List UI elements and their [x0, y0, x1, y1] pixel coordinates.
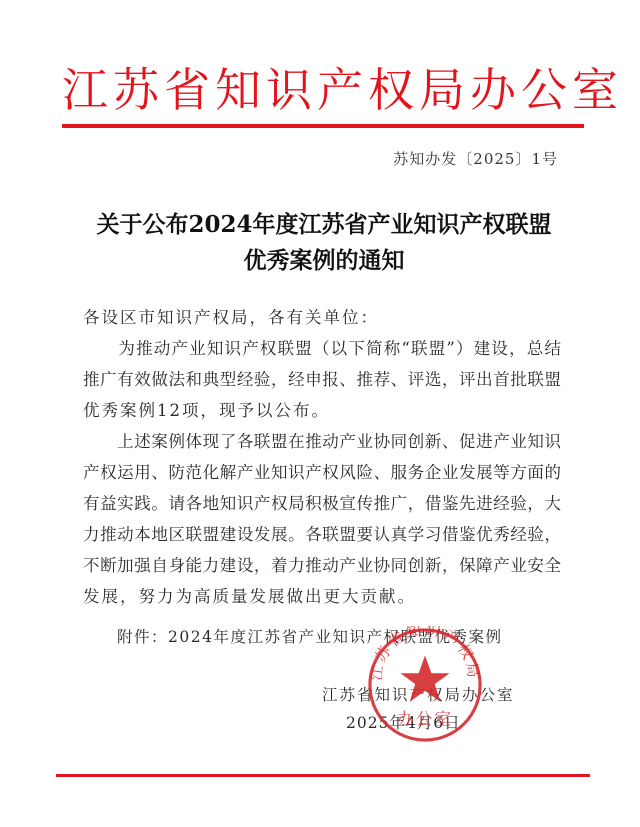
document-title-line-2: 优秀案例的通知 — [60, 243, 588, 278]
signature-date: 2025年4月6日 — [346, 711, 461, 735]
signature-organization: 江苏省知识产权局办公室 — [322, 683, 515, 707]
paragraph-line: 产权运用、防范化解产业知识产权风险、服务企业发展等方面的 — [83, 457, 561, 488]
paragraph-line: 为推动产业知识产权联盟（以下简称“联盟”）建设，总结 — [83, 333, 561, 364]
issuer-masthead: 江苏省知识产权局办公室 — [62, 62, 584, 118]
attachment-reference[interactable]: 附件：2024年度江苏省产业知识产权联盟优秀案例 — [117, 624, 502, 650]
paragraph-line: 优秀案例12项，现予以公布。 — [83, 395, 561, 426]
paragraph-line: 力推动本地区联盟建设发展。各联盟要认真学习借鉴优秀经验， — [83, 519, 561, 550]
document-number: 苏知办发〔2025〕1号 — [393, 148, 558, 170]
salutation: 各设区市知识产权局，各有关单位： — [83, 302, 561, 333]
paragraph-line: 发展，努力为高质量发展做出更大贡献。 — [83, 581, 561, 612]
paragraph-line: 不断加强自身能力建设，着力推动产业协同创新，保障产业安全 — [83, 550, 561, 581]
paragraph-line: 上述案例体现了各联盟在推动产业协同创新、促进产业知识 — [83, 426, 561, 457]
header-red-rule — [62, 124, 584, 128]
footer-red-rule — [56, 774, 590, 777]
paragraph-line: 推广有效做法和典型经验，经申报、推荐、评选，评出首批联盟 — [83, 364, 561, 395]
document-title-line-1: 关于公布2024年度江苏省产业知识产权联盟 — [60, 207, 588, 242]
paragraph-line: 有益实践。请各地知识产权局积极宣传推广，借鉴先进经验，大 — [83, 488, 561, 519]
